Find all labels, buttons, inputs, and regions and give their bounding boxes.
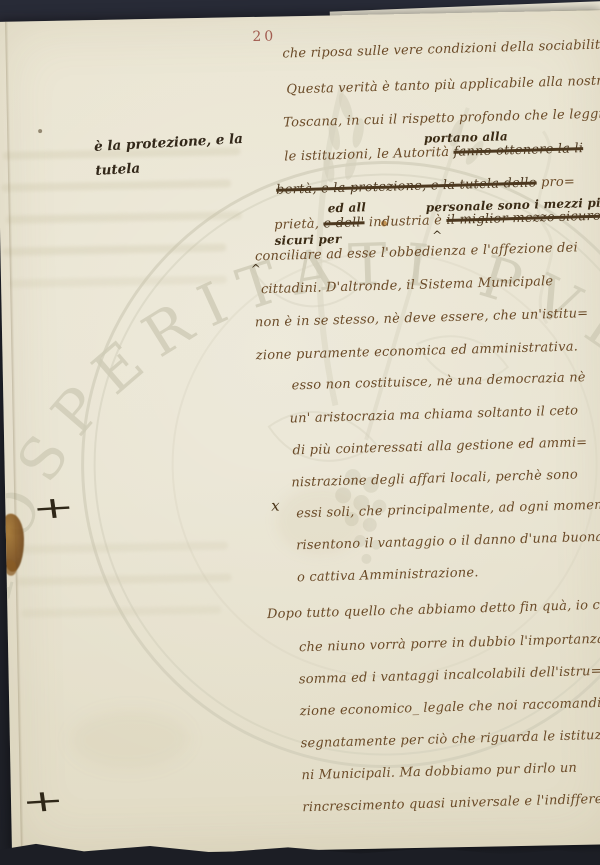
handwritten-text: pro= bbox=[536, 174, 575, 190]
handwritten-text: non è in se stesso, nè deve essere, che … bbox=[255, 306, 589, 330]
manuscript-line: le istituzioni, le Autorità fanno ottene… bbox=[284, 141, 583, 164]
manuscript-line: Toscana, in cui il rispetto profondo che… bbox=[283, 106, 600, 130]
manuscript-line: esso non costituisce, nè una democrazia … bbox=[291, 370, 585, 393]
struck-out-text: bertà, e la protezione, e la tutela dell… bbox=[276, 175, 537, 197]
manuscript-line: o cattiva Amministrazione. bbox=[297, 565, 479, 585]
manuscript-line: nistrazione degli affari locali, perchè … bbox=[291, 467, 578, 490]
handwritten-text: Questa verità è tanto più applicabile al… bbox=[286, 73, 600, 97]
handwritten-text: un' aristocrazia ma chiama soltanto il c… bbox=[289, 403, 578, 426]
manuscript-line: rincrescimento quasi universale e l'indi… bbox=[302, 791, 600, 815]
manuscript-line: ni Municipali. Ma dobbiamo pur dirlo un bbox=[301, 761, 577, 784]
handwritten-text: somma ed i vantaggi incalcolabili dell'i… bbox=[299, 664, 600, 687]
struck-out-text: il miglior mezzo sicuro bbox=[446, 209, 600, 228]
handwritten-text: esso non costituisce, nè una democrazia … bbox=[291, 370, 585, 393]
handwritten-text: segnatamente per ciò che riguarda le ist… bbox=[300, 727, 600, 751]
interlinear-insertion-line: sicuri per bbox=[274, 232, 341, 248]
text-block: che riposa sulle vere condizioni della s… bbox=[0, 10, 600, 855]
handwritten-text: cittadini. D'altronde, il Sistema Munici… bbox=[261, 274, 554, 297]
manuscript-page: PROSPERITATI PVBLICAE 20 è la protezione… bbox=[0, 10, 600, 855]
manuscript-line: cittadini. D'altronde, il Sistema Munici… bbox=[261, 274, 554, 297]
handwritten-text: zione economico_ legale che noi raccoman… bbox=[300, 695, 600, 719]
handwritten-text: Dopo tutto quello che abbiamo detto fin … bbox=[267, 597, 600, 622]
photo-backdrop: { "page": { "number": "20" }, "watermark… bbox=[0, 0, 600, 865]
handwritten-text: ni Municipali. Ma dobbiamo pur dirlo un bbox=[301, 761, 577, 784]
manuscript-line: non è in se stesso, nè deve essere, che … bbox=[255, 306, 589, 330]
handwritten-text: che riposa sulle vere condizioni della s… bbox=[282, 37, 600, 61]
manuscript-line: zione puramente economica ed amministrat… bbox=[256, 339, 579, 363]
manuscript-line: che niuno vorrà porre in dubbio l'import… bbox=[299, 632, 600, 656]
interlinear-insertion-line: ed all bbox=[328, 200, 367, 215]
handwritten-text: o cattiva Amministrazione. bbox=[297, 565, 479, 585]
handwritten-text: Toscana, in cui il rispetto profondo che… bbox=[283, 106, 600, 130]
handwritten-text: le istituzioni, le Autorità bbox=[284, 145, 454, 165]
manuscript-line: che riposa sulle vere condizioni della s… bbox=[282, 37, 600, 61]
manuscript-line: prietà, e dell' industria è il miglior m… bbox=[274, 209, 600, 233]
manuscript-line: Dopo tutto quello che abbiamo detto fin … bbox=[267, 597, 600, 622]
handwritten-text: nistrazione degli affari locali, perchè … bbox=[291, 467, 578, 490]
handwritten-text: industria è bbox=[364, 213, 446, 230]
manuscript-line: essi soli, che principalmente, ad ogni m… bbox=[296, 497, 600, 521]
handwritten-text: essi soli, che principalmente, ad ogni m… bbox=[296, 497, 600, 521]
handwritten-text: prietà, bbox=[274, 216, 324, 232]
manuscript-line: bertà, e la protezione, e la tutela dell… bbox=[276, 174, 575, 197]
manuscript-line: segnatamente per ciò che riguarda le ist… bbox=[300, 727, 600, 751]
handwritten-text: rincrescimento quasi universale e l'indi… bbox=[302, 791, 600, 815]
manuscript-line: un' aristocrazia ma chiama soltanto il c… bbox=[289, 403, 578, 426]
handwritten-text: zione puramente economica ed amministrat… bbox=[256, 339, 579, 363]
manuscript-line: zione economico_ legale che noi raccoman… bbox=[300, 695, 600, 719]
manuscript-line: di più cointeressati alla gestione ed am… bbox=[292, 435, 587, 458]
manuscript-line: Questa verità è tanto più applicabile al… bbox=[286, 73, 600, 97]
inserted-correction-text: sicuri per bbox=[274, 232, 341, 248]
manuscript-line: risentono il vantaggio o il danno d'una … bbox=[296, 530, 600, 554]
handwritten-text: che niuno vorrà porre in dubbio l'import… bbox=[299, 632, 600, 656]
inserted-correction-text: ed all bbox=[328, 200, 367, 215]
struck-out-text: e dell' bbox=[323, 215, 365, 231]
struck-out-text: fanno ottenere la li bbox=[453, 141, 583, 160]
handwritten-text: risentono il vantaggio o il danno d'una … bbox=[296, 530, 600, 554]
handwritten-text: di più cointeressati alla gestione ed am… bbox=[292, 435, 587, 458]
manuscript-line: somma ed i vantaggi incalcolabili dell'i… bbox=[299, 664, 600, 687]
